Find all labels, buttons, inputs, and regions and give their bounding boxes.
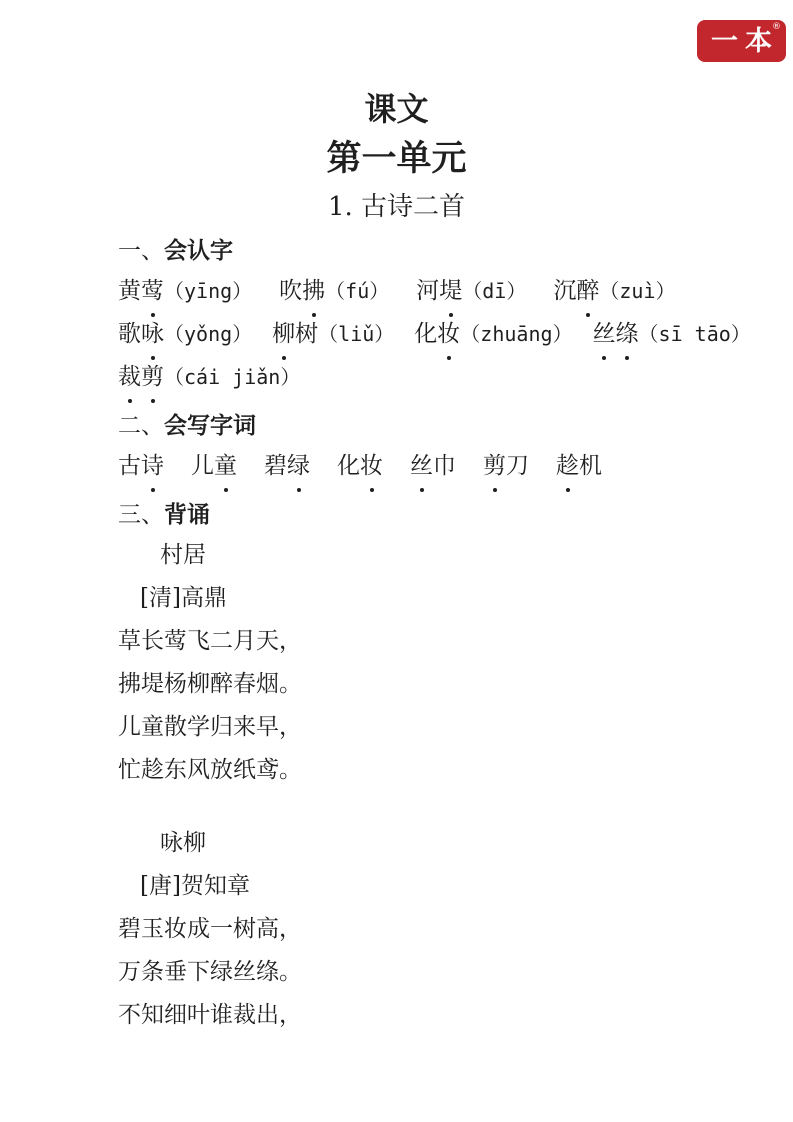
vocab-word: 剪刀 (483, 445, 529, 488)
section-number: 二、 (118, 413, 164, 439)
unit-title: 第一单元 (0, 136, 793, 182)
pinyin-annotation: （dī） (462, 279, 526, 303)
vocab-char: 儿 (191, 445, 214, 488)
vocab-char: 柳 (272, 313, 295, 356)
section-number: 一、 (118, 238, 164, 264)
vocab-char: 趁 (556, 445, 579, 488)
vocab-word: 裁剪（cái jiǎn） (118, 356, 300, 399)
page-title: 课文 (0, 88, 793, 130)
vocab-word: 古诗 (118, 445, 164, 488)
vocab-char: 绦 (616, 313, 639, 356)
pinyin-annotation: （zuì） (599, 279, 675, 303)
vocab-word: 化妆（zhuāng） (414, 313, 572, 356)
vocab-char: 妆 (437, 313, 460, 356)
pinyin-annotation: （liǔ） (318, 322, 394, 346)
vocab-word: 趁机 (556, 445, 602, 488)
vocab-char: 碧 (264, 445, 287, 488)
vocab-row: 歌咏（yǒng）柳树（liǔ）化妆（zhuāng）丝绦（sī tāo） (118, 313, 733, 356)
vocab-word: 河堤（dī） (416, 270, 526, 313)
poem-title: 村居 (118, 534, 733, 577)
vocab-char: 妆 (360, 445, 383, 488)
poem-line: 碧玉妆成一树高， (118, 908, 733, 951)
lesson-title: 1. 古诗二首 (0, 190, 793, 224)
poem-line: 不知细叶谁裁出， (118, 994, 733, 1037)
vocab-char: 黄 (118, 270, 141, 313)
poem-line: 万条垂下绿丝绦。 (118, 951, 733, 994)
vocab-char: 裁 (118, 356, 141, 399)
vocab-char: 剪 (141, 356, 164, 399)
registered-trademark-icon: ® (772, 23, 781, 32)
document-page: 一本 ® 课文 第一单元 1. 古诗二首 一、会认字 黄莺（yīng）吹拂（fú… (0, 0, 793, 1122)
vocab-char: 树 (295, 313, 318, 356)
vocab-char: 化 (337, 445, 360, 488)
vocab-word: 黄莺（yīng） (118, 270, 252, 313)
vocab-char: 古 (118, 445, 141, 488)
poem-cunju: 村居 [清]高鼎 草长莺飞二月天， 拂堤杨柳醉春烟。 儿童散学归来早， 忙趁东风… (118, 534, 733, 792)
vocab-row: 裁剪（cái jiǎn） (118, 356, 733, 399)
poem-line: 忙趁东风放纸鸢。 (118, 749, 733, 792)
section-title: 会写字词 (164, 412, 256, 438)
section-header-recitation: 三、背诵 (118, 496, 733, 534)
lesson-content: 一、会认字 黄莺（yīng）吹拂（fú）河堤（dī）沉醉（zuì） 歌咏（yǒn… (118, 232, 733, 1037)
vocab-char: 刀 (506, 445, 529, 488)
poem-yongliu: 咏柳 [唐]贺知章 碧玉妆成一树高， 万条垂下绿丝绦。 不知细叶谁裁出， (118, 822, 733, 1037)
vocab-char: 化 (414, 313, 437, 356)
vocab-word: 沉醉（zuì） (553, 270, 675, 313)
vocab-char: 堤 (439, 270, 462, 313)
pinyin-annotation: （fú） (325, 279, 389, 303)
vocab-char: 咏 (141, 313, 164, 356)
pinyin-annotation: （yǒng） (164, 322, 252, 346)
vocab-char: 河 (416, 270, 439, 313)
pinyin-annotation: （zhuāng） (460, 322, 572, 346)
poem-title: 咏柳 (118, 822, 733, 865)
vocab-word: 歌咏（yǒng） (118, 313, 252, 356)
section-header-recognize-characters: 一、会认字 (118, 232, 733, 270)
poem-line: 儿童散学归来早， (118, 706, 733, 749)
vocab-char: 歌 (118, 313, 141, 356)
vocab-char: 拂 (302, 270, 325, 313)
poem-author: [清]高鼎 (118, 577, 733, 620)
section-number: 三、 (118, 502, 164, 528)
logo-text: 一本 (711, 28, 779, 55)
vocab-word: 柳树（liǔ） (272, 313, 394, 356)
vocab-char: 丝 (593, 313, 616, 356)
vocab-char: 诗 (141, 445, 164, 488)
vocab-char: 莺 (141, 270, 164, 313)
section-header-write-words: 二、会写字词 (118, 407, 733, 445)
vocab-word: 吹拂（fú） (279, 270, 389, 313)
pinyin-annotation: （cái jiǎn） (164, 365, 300, 389)
vocab-char: 吹 (279, 270, 302, 313)
vocab-char: 巾 (433, 445, 456, 488)
vocab-char: 绿 (287, 445, 310, 488)
vocab-word: 丝绦（sī tāo） (593, 313, 751, 356)
vocab-row: 古诗儿童碧绿化妆丝巾剪刀趁机 (118, 445, 733, 488)
vocab-char: 沉 (553, 270, 576, 313)
vocab-word: 丝巾 (410, 445, 456, 488)
vocab-word: 碧绿 (264, 445, 310, 488)
poem-line: 拂堤杨柳醉春烟。 (118, 663, 733, 706)
vocab-char: 丝 (410, 445, 433, 488)
title-block: 课文 第一单元 1. 古诗二首 (0, 88, 793, 224)
pinyin-annotation: （sī tāo） (639, 322, 751, 346)
poem-line: 草长莺飞二月天， (118, 620, 733, 663)
vocab-char: 醉 (576, 270, 599, 313)
section-title: 会认字 (164, 237, 233, 263)
pinyin-annotation: （yīng） (164, 279, 252, 303)
vocab-row: 黄莺（yīng）吹拂（fú）河堤（dī）沉醉（zuì） (118, 270, 733, 313)
vocab-word: 儿童 (191, 445, 237, 488)
section-title: 背诵 (164, 501, 210, 527)
vocab-char: 剪 (483, 445, 506, 488)
vocab-char: 机 (579, 445, 602, 488)
poem-author: [唐]贺知章 (118, 865, 733, 908)
vocab-word: 化妆 (337, 445, 383, 488)
vocab-char: 童 (214, 445, 237, 488)
yiben-brand-logo: 一本 ® (697, 20, 786, 62)
